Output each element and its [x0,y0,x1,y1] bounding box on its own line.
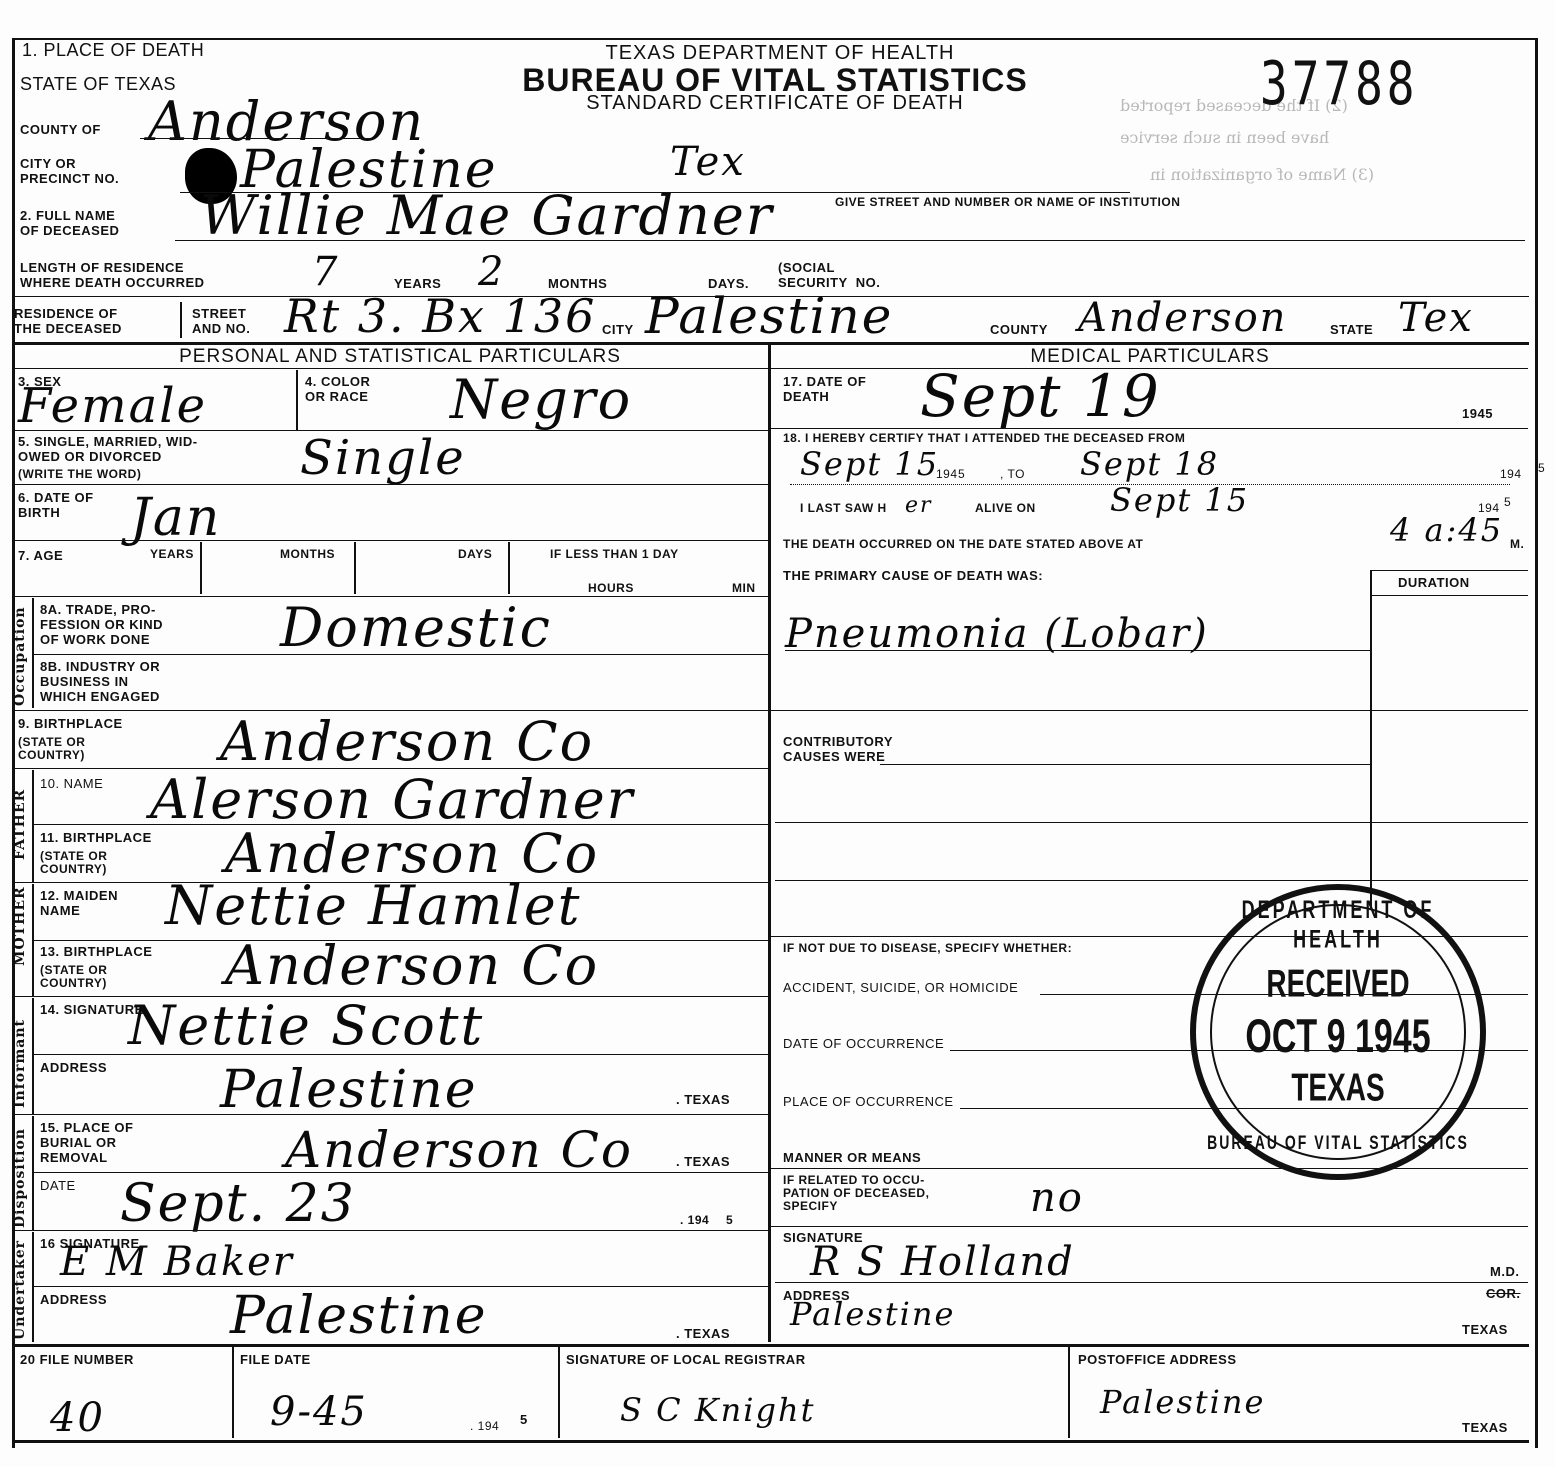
divider [508,542,510,594]
attended-from-value: Sept 15 [800,446,939,482]
physician-signature-value: R S Holland [810,1240,1075,1284]
burial-date-label: DATE [40,1178,76,1193]
residence-label: RESIDENCE OF THE DECEASED [14,306,122,336]
file-date-value: 9-45 [270,1390,368,1434]
place-of-death-heading: 1. PLACE OF DEATH [22,42,204,59]
divider [775,880,1528,881]
undertaker-signature-value: E M Baker [60,1240,294,1284]
father-birthplace-note: (STATE OR COUNTRY) [40,850,107,876]
informant-state: . TEXAS [676,1092,730,1107]
file-date-year-value: 5 [520,1412,528,1427]
divider [180,302,182,338]
contributory-label: CONTRIBUTORY CAUSES WERE [783,734,893,764]
residence-years-value: 7 [312,250,339,294]
age-less-than-day-label: IF LESS THAN 1 DAY [550,548,679,561]
bleed-through-text: (3) Name of organization in [1150,165,1374,184]
registrar-signature-value: S C Knight [620,1392,815,1428]
duration-label: DURATION [1398,575,1470,590]
not-disease-label: IF NOT DUE TO DISEASE, SPECIFY WHETHER: [783,942,1072,955]
md-label: M.D. [1490,1264,1519,1279]
divider [558,1346,560,1438]
stamp-bottom-arc-text: BUREAU OF VITAL STATISTICS [1196,1131,1480,1153]
burial-state: . TEXAS [676,1154,730,1169]
occurrence-date-label: DATE OF OCCURRENCE [783,1036,944,1051]
divider [14,484,768,485]
dob-label: 6. DATE OF BIRTH [18,490,94,520]
divider [296,370,298,430]
residence-county-value: Anderson [1078,296,1287,340]
mother-side-label: MOTHER [12,886,28,966]
from-year-value: 5 [958,468,965,481]
residence-county-label: COUNTY [990,322,1048,337]
birthplace-label: 9. BIRTHPLACE [18,716,123,731]
residence-city-label: CITY [602,322,634,337]
birthplace-value: Anderson Co [220,716,594,768]
section-divider [14,1344,1529,1347]
last-saw-year-value: 5 [1504,496,1511,509]
bottom-border [14,1440,1529,1443]
coroner-label: COR. [1486,1286,1521,1301]
physician-address-state: TEXAS [1462,1322,1508,1337]
institution-label: GIVE STREET AND NUMBER OR NAME OF INSTIT… [835,196,1180,209]
to-label: , TO [1000,468,1025,481]
divider [14,540,768,541]
dob-value: Jan [130,492,221,544]
informant-address-label: ADDRESS [40,1060,107,1075]
age-min-label: MIN [732,582,756,595]
death-time-label: THE DEATH OCCURRED ON THE DATE STATED AB… [783,538,1143,551]
county-underline [140,138,370,139]
race-value: Negro [450,374,632,426]
postoffice-state: TEXAS [1462,1420,1508,1435]
occupation-related-value: no [1030,1176,1084,1220]
mother-name-value: Nettie Hamlet [165,880,581,932]
alive-on-label: ALIVE ON [975,502,1036,515]
marital-label: 5. SINGLE, MARRIED, WID- OWED OR DIVORCE… [18,434,198,464]
undertaker-address-value: Palestine [230,1290,488,1342]
postoffice-value: Palestine [1100,1384,1265,1420]
burial-year-label: . 194 [680,1214,709,1227]
date-of-death-value: Sept 19 [920,370,1161,422]
stamp-date-text: OCT 9 1945 [1196,1010,1480,1065]
divider [880,764,1370,765]
residence-months-value: 2 [478,250,505,294]
age-label: 7. AGE [18,548,63,563]
column-divider [768,344,771,1342]
divider [32,1232,34,1342]
form-title: STANDARD CERTIFICATE OF DEATH [520,92,1030,115]
physician-address-value: Palestine [790,1296,955,1332]
mother-name-label: 12. MAIDEN NAME [40,888,118,918]
informant-side-label: Informant [12,1019,28,1108]
certificate-number: 37788 [1260,48,1418,118]
divider [770,1226,1528,1227]
section-divider [14,342,1529,345]
divider [32,998,34,1114]
disposition-side-label: Disposition [12,1128,28,1228]
undertaker-address-label: ADDRESS [40,1292,107,1307]
registrar-signature-label: SIGNATURE OF LOCAL REGISTRAR [566,1352,806,1367]
mother-birthplace-value: Anderson Co [225,940,599,992]
bleed-through-text: have been in such service [1120,128,1329,147]
city-label: CITY OR PRECINCT NO. [20,156,119,186]
informant-address-value: Palestine [220,1064,478,1116]
occupation-related-label: IF RELATED TO OCCU- PATION OF DECEASED, … [783,1174,929,1213]
manner-label: MANNER OR MEANS [783,1150,921,1165]
accident-label: ACCIDENT, SUICIDE, OR HOMICIDE [783,980,1018,995]
trade-value: Domestic [280,602,552,654]
divider [32,1054,768,1055]
from-year-label: 194 [936,468,958,481]
residence-state-label: STATE [1330,322,1373,337]
divider [785,650,1370,651]
ssn-label: (SOCIAL SECURITY NO. [778,260,880,290]
mother-birthplace-label: 13. BIRTHPLACE [40,944,152,959]
divider [14,368,768,369]
death-time-suffix: M. [1510,538,1524,551]
divider [775,822,1528,823]
divider [770,710,1528,711]
occurrence-place-label: PLACE OF OCCURRENCE [783,1094,954,1109]
city-state-value: Tex [670,140,746,184]
divider [354,542,356,594]
informant-signature-value: Nettie Scott [128,1000,484,1052]
burial-place-label: 15. PLACE OF BURIAL OR REMOVAL [40,1120,133,1165]
full-name-label: 2. FULL NAME OF DECEASED [20,208,119,238]
divider [14,1114,768,1115]
race-label: 4. COLOR OR RACE [305,374,370,404]
file-number-value: 40 [50,1396,105,1440]
street-value: Rt 3. Bx 136 [284,290,596,342]
divider [770,1168,1528,1169]
street-label: STREET AND NO. [192,306,250,336]
age-months-label: MONTHS [280,548,335,561]
attended-to-value: Sept 18 [1080,446,1219,482]
last-saw-label: I LAST SAW H [800,502,887,515]
burial-place-value: Anderson Co [285,1124,633,1176]
divider [775,1282,1528,1283]
divider [232,1346,234,1438]
occupation-side-label: Occupation [12,606,28,706]
divider [200,542,202,594]
marital-note: (WRITE THE WORD) [18,468,141,481]
file-number-label: 20 FILE NUMBER [20,1352,134,1367]
stamp-received-text: RECEIVED [1196,962,1480,1007]
marital-value: Single [300,432,466,484]
last-saw-value: Sept 15 [1110,482,1249,518]
death-certificate: (2) If the deceased reported have been i… [0,0,1555,1467]
death-time-value: 4 a:45 [1390,512,1503,548]
father-name-label: 10. NAME [40,776,103,791]
date-of-death-year: 1945 [1462,406,1493,421]
father-birthplace-label: 11. BIRTHPLACE [40,830,152,845]
divider [1370,595,1528,596]
primary-cause-label: THE PRIMARY CAUSE OF DEATH WAS: [783,568,1043,583]
undertaker-state: . TEXAS [676,1326,730,1341]
stamp-state-text: TEXAS [1196,1066,1480,1111]
file-date-year-label: . 194 [470,1420,499,1433]
divider [32,598,34,708]
trade-label: 8A. TRADE, PRO- FESSION OR KIND OF WORK … [40,602,163,647]
to-year-value: 5 [1538,462,1545,475]
father-name-value: Alerson Gardner [150,774,634,826]
name-underline [175,240,1525,241]
divider [770,428,1528,429]
residence-city-value: Palestine [645,290,893,342]
divider [32,654,768,655]
divider [1370,570,1528,571]
birthplace-note: (STATE OR COUNTRY) [18,736,85,762]
mother-birthplace-note: (STATE OR COUNTRY) [40,964,107,990]
divider [32,770,34,882]
divider [14,1230,768,1231]
burial-date-value: Sept. 23 [120,1178,356,1230]
certify-label: 18. I HEREBY CERTIFY THAT I ATTENDED THE… [783,432,1185,445]
age-years-label: YEARS [150,548,194,561]
industry-label: 8B. INDUSTRY OR BUSINESS IN WHICH ENGAGE… [40,659,160,704]
personal-section-title: PERSONAL AND STATISTICAL PARTICULARS [40,346,760,368]
sex-value: Female [18,380,207,432]
last-saw-pronoun: er [905,488,933,524]
stamp-top-arc-text: DEPARTMENT OF HEALTH [1196,896,1480,955]
age-hours-label: HOURS [588,582,634,595]
father-side-label: FATHER [12,789,28,860]
file-date-label: FILE DATE [240,1352,311,1367]
county-label: COUNTY OF [20,122,101,137]
duration-column-divider [1370,570,1372,910]
divider [1068,1346,1070,1438]
received-stamp: DEPARTMENT OF HEALTH RECEIVED OCT 9 1945… [1190,884,1486,1180]
divider [32,1172,768,1173]
burial-year-value: 5 [726,1214,733,1227]
residence-state-value: Tex [1398,296,1474,340]
age-days-label: DAYS [458,548,492,561]
father-birthplace-value: Anderson Co [225,828,599,880]
postoffice-label: POSTOFFICE ADDRESS [1078,1352,1237,1367]
full-name-value: Willie Mae Gardner [200,190,774,242]
divider [32,1116,34,1230]
residence-length-label: LENGTH OF RESIDENCE WHERE DEATH OCCURRED [20,260,205,290]
date-of-death-label: 17. DATE OF DEATH [783,374,866,404]
undertaker-side-label: Undertaker [12,1240,28,1340]
to-year-label: 194 [1500,468,1522,481]
